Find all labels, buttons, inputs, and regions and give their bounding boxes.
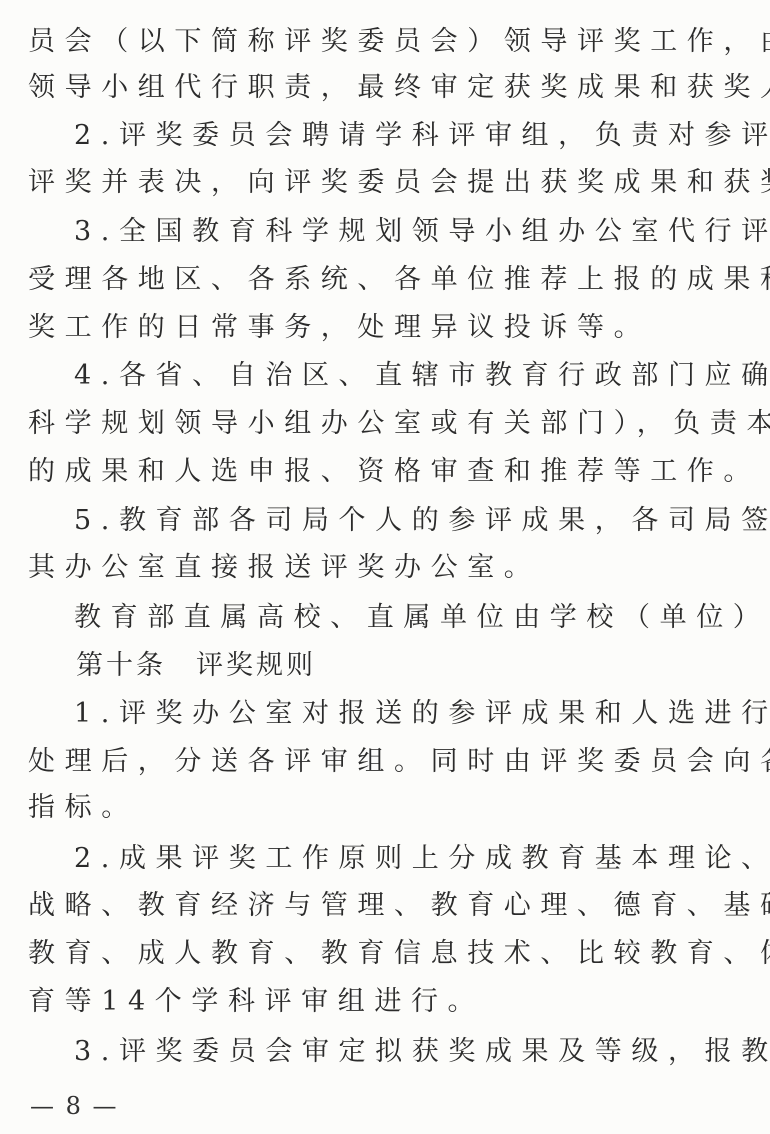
paragraph-start: 3.全国教育科学规划领导小组办公室代行评奖办公室职责，	[74, 214, 770, 250]
document-page: 员会（以下简称评奖委员会）领导评奖工作，由全国教育科学规划 领导小组代行职责，最…	[0, 0, 770, 1134]
text-line: 的成果和人选申报、资格审查和推荐等工作。	[28, 454, 748, 490]
text-line: 受理各地区、各系统、各单位推荐上报的成果和人选，负责处理评	[28, 262, 748, 298]
paragraph-start: 1.评奖办公室对报送的参评成果和人选进行资格审查和技术	[74, 696, 770, 732]
page-number: — 8 —	[30, 1092, 119, 1120]
text-line: 处理后，分送各评审组。同时由评奖委员会向各评审组下达评奖	[28, 744, 748, 780]
paragraph-start: 2.评奖委员会聘请学科评审组，负责对参评成果和人员进行	[74, 118, 770, 154]
paragraph-start: 4.各省、自治区、直辖市教育行政部门应确定专门机构（教育	[74, 358, 770, 394]
text-line: 科学规划领导小组办公室或有关部门），负责本地区行政区域内	[28, 406, 748, 442]
text-line: 奖工作的日常事务，处理异议投诉等。	[28, 310, 748, 346]
text-line: 领导小组代行职责，最终审定获奖成果和获奖人选。	[28, 70, 748, 106]
paragraph-start: 5.教育部各司局个人的参评成果，各司局签署推荐意见后，由	[74, 503, 770, 539]
text-line: 战略、教育经济与管理、教育心理、德育、基础教育、高等教育、职业	[28, 888, 748, 924]
paragraph-start: 2.成果评奖工作原则上分成教育基本理论、教育史、教育发展	[74, 841, 770, 877]
text-line: 其办公室直接报送评奖办公室。	[28, 550, 748, 586]
text-line: 指标。	[28, 790, 748, 826]
text-line: 评奖并表决，向评奖委员会提出获奖成果和获奖人选建议名单。	[28, 165, 748, 201]
text-line: 教育、成人教育、教育信息技术、比较教育、体育卫生美育、民族教	[28, 936, 748, 972]
text-line: 员会（以下简称评奖委员会）领导评奖工作，由全国教育科学规划	[28, 24, 748, 60]
text-line: 育等14个学科评审组进行。	[28, 984, 748, 1020]
section-heading: 第十条 评奖规则	[76, 648, 770, 684]
paragraph-start: 教育部直属高校、直属单位由学校（单位）科研处负责组织。	[74, 600, 770, 636]
paragraph-start: 3.评奖委员会审定拟获奖成果及等级，报教育部批准后下达。	[74, 1034, 770, 1070]
